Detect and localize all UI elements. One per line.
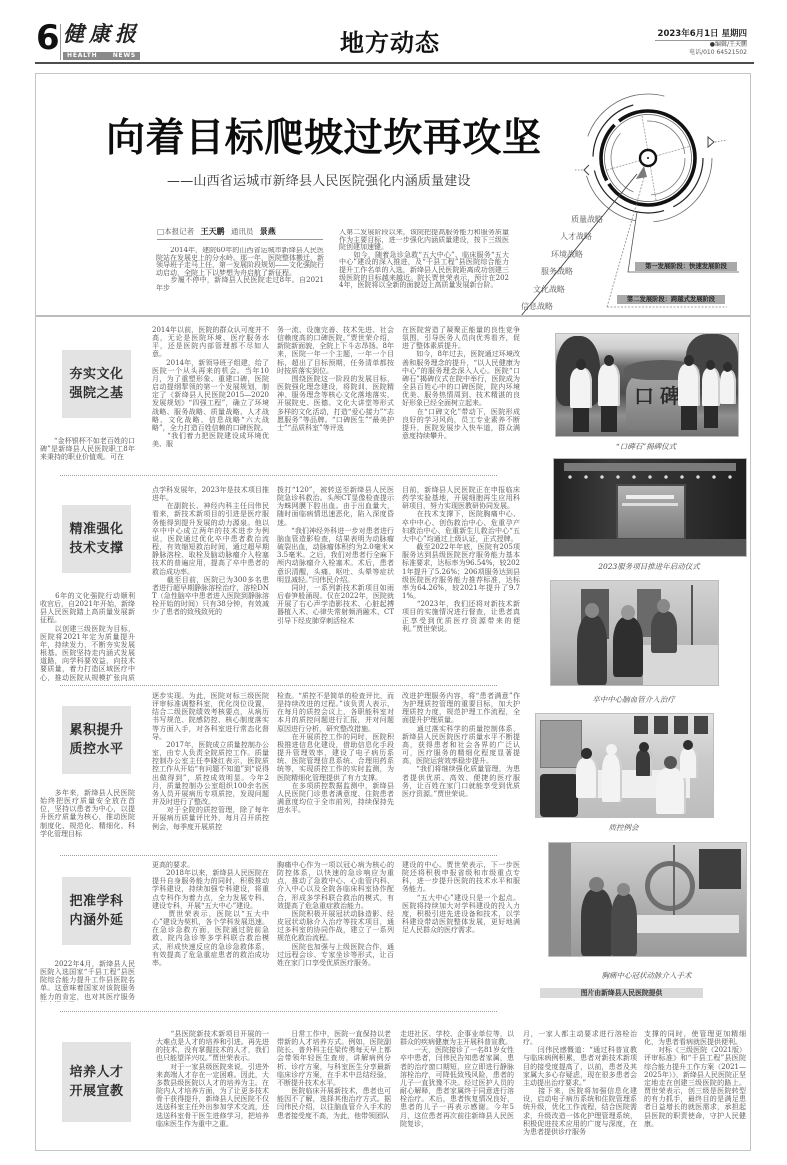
person-figure <box>678 364 700 406</box>
person-figure <box>684 355 694 366</box>
intro-column-1: 2014年，建院60年的山西省运城市新绛县人民医院站在发展史上的分水岭。那一年，… <box>156 247 324 303</box>
person-figure <box>573 408 589 432</box>
intro-column-2: 入第二发展阶段以来，该院把提高服务能力和服务质量作为主要目标，进一步强化内涵质量… <box>339 229 509 301</box>
section-2-column-2: 拨打“120”，被转送至新绛县人民医院急诊科救治。头颅CT显像检查提示为蛛网膜下… <box>277 486 394 681</box>
section-heading-talent: 培养人才 开展宣教 <box>62 1042 131 1122</box>
iv-pole <box>673 845 675 915</box>
section-heading-line: 强院之基 <box>69 384 123 403</box>
photo-chest-pain-center-surgery <box>548 842 747 957</box>
section-heading-line: 累积提升 <box>69 721 123 740</box>
section-5-column-2: 日常工作中，医院一直保持以老带新的人才培养方式。例如，医院副院长、普外科主任梁传… <box>277 1030 391 1148</box>
medical-staff-figure <box>585 603 599 618</box>
person-figure <box>601 406 617 432</box>
monitor-rack <box>699 849 741 889</box>
issue-date: 2023年6月1日 星期四 <box>655 29 747 41</box>
person-figure <box>680 748 698 778</box>
stage-screen <box>616 484 686 540</box>
section-heading-line: 培养人才 <box>69 1063 123 1082</box>
article-title: 向着目标爬坡过坎再攻坚 <box>106 116 542 162</box>
section-5-column-3: 走进社区、学校、企事业单位等，以群众的疾病健康为主开展科普宣教。 一天，医院接诊… <box>400 1030 514 1148</box>
medical-staff-figure <box>651 611 677 653</box>
cabinet <box>540 720 582 768</box>
strategy-label-quality: 质量战略 <box>567 214 603 225</box>
section-1-sidebar-text: “金杯银杯不如老百姓的口碑”是新绛县人民医院职工8年来秉持的职业价值观。可在 <box>40 437 135 471</box>
section-heading-line: 技术支撑 <box>69 539 123 558</box>
ceiling-lights <box>562 473 738 481</box>
section-separator <box>60 475 497 476</box>
editor-credit: ●编辑/王天鹏 <box>680 41 747 48</box>
screen-text-bar <box>622 503 678 506</box>
person-figure <box>576 359 586 370</box>
strategy-label-environment: 环境战略 <box>547 249 583 260</box>
person-figure <box>581 748 592 759</box>
logo-english-right: NEWS <box>113 52 136 60</box>
photo-stroke-center-intervention <box>550 580 719 686</box>
strategy-diagram: 质量战略 人才战略 环境战略 服务战略 文化战略 信息战略 第一发展阶段：快速发… <box>515 78 752 318</box>
person-figure <box>683 740 693 750</box>
person-figure <box>598 364 620 406</box>
photo-caption: 胸痛中心冠状动脉介入手术 <box>548 970 745 981</box>
section-3-column-1: 逐步实现。为此，医院对标三级医院评审标准调整科室，优化岗位设置，结合二级医院绩效… <box>152 692 269 852</box>
section-3-column-2: 检查。“质控不是简单的检查评比，而是持续改进的过程。”该负责人表示，在每月的质控… <box>277 692 394 852</box>
section-3-column-3: 改进护理服务内容，将“患者满意”作为护理质控管理的重要目标，加大护理质控力度，规… <box>402 692 520 852</box>
surgeon-figure <box>581 889 613 956</box>
photo-caption: “口碑石”揭碑仪式 <box>555 441 737 452</box>
section-heading-line: 精准强化 <box>69 520 123 539</box>
person-figure <box>720 370 736 404</box>
section-2-sidebar-text: 6年的文化强院行动顺利收官后，自2021年开始，新绛县人民医院踏上高质量发展新征… <box>40 592 135 681</box>
person-figure <box>681 406 697 430</box>
stage-label-2: 第二发展阶段：跨越式发展阶段 <box>617 295 725 304</box>
strategy-label-information: 信息战略 <box>517 301 553 312</box>
logo-english-bar: HEALTH NEWS <box>63 52 140 60</box>
person-figure <box>576 758 598 798</box>
correspondent-label: 通讯员 <box>231 227 254 236</box>
editor-phone: 电话/010 64521502 <box>670 49 747 56</box>
photo-caption: 卒中中心脑血管介入治疗 <box>550 694 717 705</box>
section-5-column-1: “县医院新技术新项目开展的一大难点是人才的培养和引进。再先进的技术，没有掌握技术… <box>156 1030 269 1148</box>
photo-stone-unveiling: 口碑 <box>555 333 739 437</box>
stage-floor <box>554 539 746 556</box>
surgeon-figure <box>617 883 630 896</box>
person-figure <box>702 368 720 406</box>
wall-panel <box>549 843 571 956</box>
reporter-label: □本报记者 <box>157 227 194 236</box>
person-figure <box>636 750 652 776</box>
byline: □本报记者 王天鹏 通讯员 景燕 <box>157 227 323 240</box>
person-figure <box>570 368 592 408</box>
section-4-column-1: 更高的要求。 2018年以来，新绛县人民医院在提升自身服务能力的同时，积极推动学… <box>152 861 269 1003</box>
chairs <box>540 774 578 817</box>
screen-text-bar <box>626 495 674 499</box>
section-3-sidebar-text: 多年来，新绛县人民医院始终把医疗质量安全放在首位，坚持以患者为中心，以提升医疗质… <box>40 789 135 851</box>
section-4-sidebar-text: 2022年4月，新绛县人民医院入选国家“千县工程”县医院综合能力提升工作县医院名… <box>40 960 135 1002</box>
section-heading-line: 把准学科 <box>69 892 123 911</box>
medical-staff-figure <box>613 617 643 677</box>
section-heading-line: 内涵外延 <box>69 911 123 930</box>
photo-caption: 质控例会 <box>535 822 712 833</box>
surgeon-figure <box>611 893 637 956</box>
strategy-label-talent: 人才战略 <box>556 231 592 242</box>
person-figure <box>604 355 614 366</box>
section-title: 地方动态 <box>340 28 440 58</box>
section-heading-line: 夯实文化 <box>69 365 123 384</box>
person-figure <box>664 756 677 769</box>
person-figure <box>704 406 718 428</box>
strategy-label-service: 服务战略 <box>537 266 573 277</box>
logo-english-left: HEALTH <box>67 52 98 60</box>
reporter-name: 王天鹏 <box>200 227 224 236</box>
header-rule <box>35 62 754 64</box>
section-4-column-3: 建设的中心。贾世荣表示，下一步医院还将积极申报省级和市级重点专科，进一步提升医院… <box>402 861 520 1003</box>
section-5-column-4: 月，一家人都主动要求进行溶栓治疗。 闫伟民感慨道：“通过科普宣教与临床病例积累，… <box>523 1030 637 1148</box>
person-figure <box>723 362 732 372</box>
wall-banners <box>634 716 710 734</box>
section-heading-quality-control: 累积提升 质控水平 <box>62 706 131 774</box>
stage-label-1: 第一发展阶段：快速发展阶段 <box>635 262 737 271</box>
section-1-column-3: 在医院营造了凝聚正能量的良性竞争氛围，引导医务人员向优秀看齐，促进了整体素质提升… <box>402 326 520 472</box>
section-4-column-2: 胸痛中心作为一项以冠心病为核心的防控体系，以快速的急诊响应为重点，推动了急救中心… <box>277 861 394 1003</box>
section-2-column-1: 点学科发展年，2023年是技术项目推进年。 在副院长、神经内科主任闫伟民看来，新… <box>152 486 269 681</box>
photo-launch-ceremony <box>553 458 747 557</box>
operating-table <box>619 915 739 933</box>
newspaper-logo: 健康报 <box>63 20 143 48</box>
section-2-column-3: 目前，新绛县人民医院正在申报临床药学实验基地，开展细胞再生应用科研项目，努力实现… <box>402 486 520 681</box>
article-subtitle: ——山西省运城市新绛县人民医院强化内涵质量建设 <box>167 174 471 190</box>
c-arm <box>645 861 695 911</box>
medical-staff-figure <box>577 615 607 685</box>
person-figure <box>606 744 617 755</box>
intro-divider <box>36 315 750 317</box>
person-figure <box>706 360 715 370</box>
photo-quality-control-meeting <box>535 713 714 818</box>
section-separator <box>60 685 497 686</box>
page-number: 6 <box>36 18 60 58</box>
section-heading-line: 质控水平 <box>69 740 123 759</box>
target-wheel-graphic <box>515 78 752 318</box>
person-figure <box>602 754 622 802</box>
medical-staff-figure <box>657 599 670 613</box>
photo-caption: 2023服务项目推进年启动仪式 <box>553 561 745 572</box>
section-1-column-2: 务一流、设施完善、技术先进、社会信赖度高的口碑医院。”贾世荣介绍，新院新面貌，全… <box>277 326 394 472</box>
section-separator <box>60 855 497 856</box>
banner <box>564 463 736 471</box>
correspondent-name: 景燕 <box>260 227 276 236</box>
section-separator <box>60 1011 497 1012</box>
photo-credit: 图片由新绛县人民医院提供 <box>540 988 703 998</box>
section-heading-disciplines: 把准学科 内涵外延 <box>62 877 131 945</box>
strategy-label-culture: 文化战略 <box>529 284 565 295</box>
surgeon-figure <box>589 877 604 892</box>
section-heading-line: 开展宣教 <box>69 1082 123 1101</box>
medical-staff-figure <box>621 605 635 620</box>
section-heading-culture: 夯实文化 强院之基 <box>62 350 131 418</box>
section-5-column-5: 支撑的同时，使管理更加精细化，为患者看病就医提供便利。 对标《三级医院（2021… <box>644 1030 746 1148</box>
section-heading-technology: 精准强化 技术支撑 <box>62 505 131 573</box>
page-header: 6 健康报 HEALTH NEWS 地方动态 2023年6月1日 星期四 ●编辑… <box>0 0 787 70</box>
person-figure <box>639 742 649 752</box>
header-divider <box>60 24 61 60</box>
section-1-column-1: 2014年以前，医院的群众认可度并不高，无论是医院环境、医疗服务水平，还是医院内… <box>152 326 269 472</box>
